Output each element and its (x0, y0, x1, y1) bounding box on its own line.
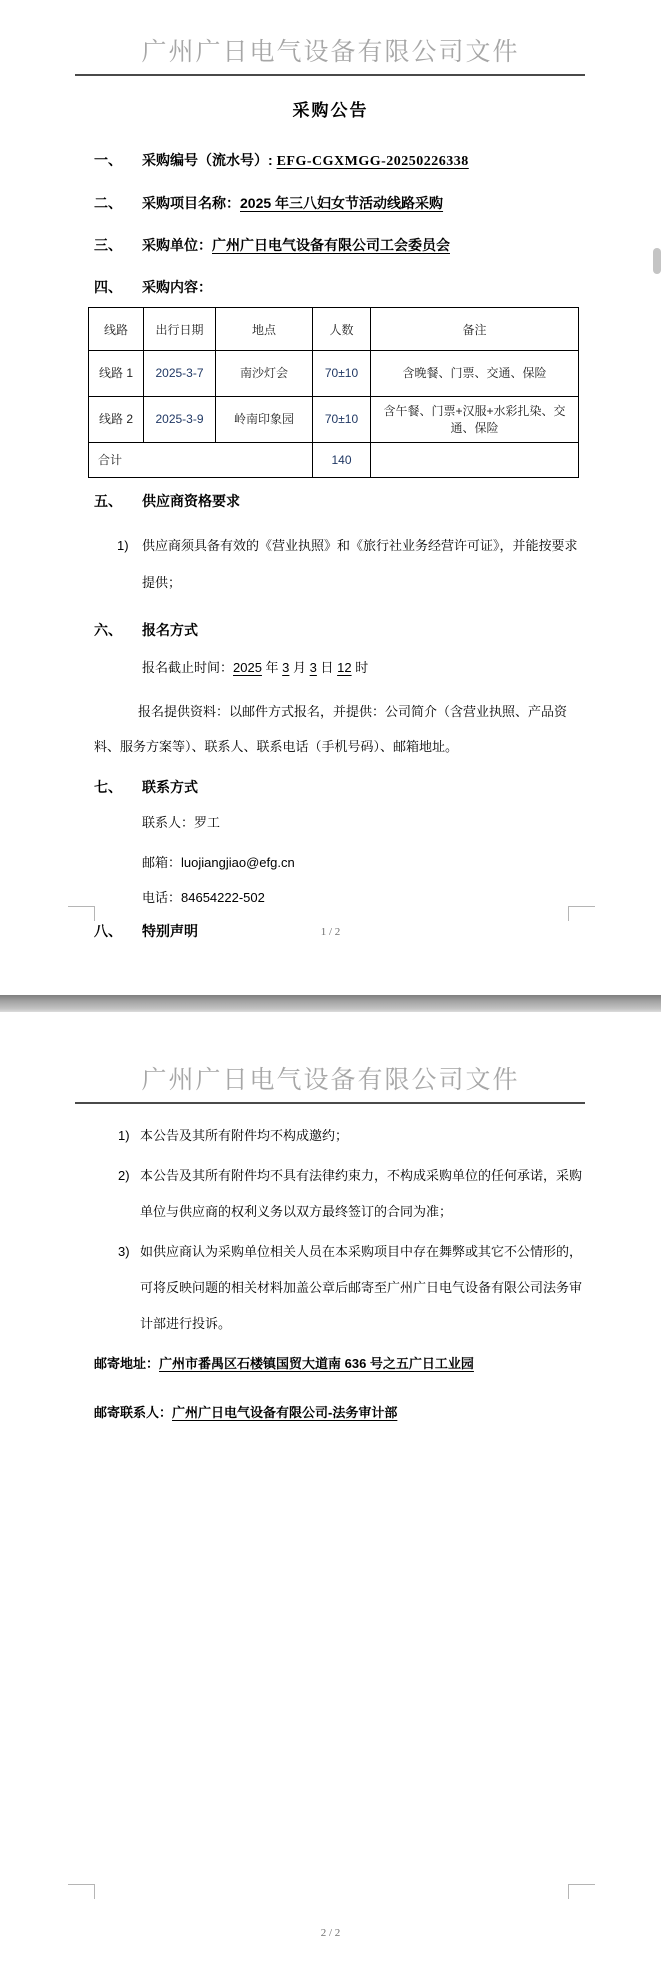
qualification-item: 1) 供应商须具备有效的《营业执照》和《旅行社业务经营许可证》，并能按要求提供； (117, 527, 585, 601)
section-project-name: 二、 采购项目名称：2025 年三八妇女节活动线路采购 (94, 194, 585, 213)
cell-route: 线路 2 (89, 397, 144, 443)
page1-content: 一、 采购编号（流水号）: EFG-CGXMGG-20250226338 二、 … (0, 151, 661, 941)
cell-remark: 含晚餐、门票、交通、保险 (371, 351, 579, 397)
letterhead-rule (75, 1102, 585, 1104)
page-title: 采购公告 (0, 96, 661, 121)
list-number: 3) (118, 1234, 140, 1342)
section-number: 四、 (94, 278, 142, 297)
statements-list: 1) 本公告及其所有附件均不构成邀约； 2) 本公告及其所有附件均不具有法律约束… (94, 1118, 585, 1342)
mailing-contact-label: 邮寄联系人： (94, 1405, 172, 1420)
list-number: 1) (118, 1118, 140, 1154)
section-procurement-content: 四、 采购内容： (94, 278, 585, 297)
cell-people: 70±10 (313, 351, 371, 397)
cell-route: 线路 1 (89, 351, 144, 397)
section-label: 采购内容： (142, 278, 212, 297)
statement-text: 本公告及其所有附件均不具有法律约束力，不构成采购单位的任何承诺，采购单位与供应商… (140, 1158, 585, 1230)
contact-phone-label: 电话： (142, 890, 181, 905)
mailing-contact-line: 邮寄联系人：广州广日电气设备有限公司-法务审计部 (94, 1395, 585, 1431)
section-line: 采购单位：广州广日电气设备有限公司工会委员会 (142, 236, 450, 255)
cell-total-remark (371, 443, 579, 478)
section-number: 二、 (94, 194, 142, 213)
section-procurement-unit: 三、 采购单位：广州广日电气设备有限公司工会委员会 (94, 236, 585, 255)
contact-phone-line: 电话：84654222-502 (142, 888, 585, 907)
registration-deadline-line: 报名截止时间：2025 年 3 月 3 日 12 时 (142, 658, 585, 677)
margin-corner-mark (568, 906, 595, 921)
section-label: 采购编号（流水号）: (142, 152, 277, 168)
mailing-address-line: 邮寄地址：广州市番禺区石楼镇国贸大道南 636 号之五广日工业园 (94, 1346, 585, 1382)
contact-person-line: 联系人：罗工 (142, 813, 585, 832)
statement-text: 本公告及其所有附件均不构成邀约； (140, 1118, 585, 1154)
registration-materials-paragraph: 报名提供资料：以邮件方式报名，并提供：公司简介（含营业执照、产品资料、服务方案等… (94, 694, 585, 764)
cell-total-label: 合计 (89, 443, 313, 478)
col-header-date: 出行日期 (144, 308, 216, 351)
margin-corner-mark (68, 1884, 95, 1899)
statement-item: 3) 如供应商认为采购单位相关人员在本采购项目中存在舞弊或其它不公情形的，可将反… (118, 1234, 585, 1342)
section-number: 五、 (94, 492, 142, 511)
deadline-label: 报名截止时间： (142, 660, 233, 675)
mailing-address-label: 邮寄地址： (94, 1356, 159, 1371)
margin-corner-mark (68, 906, 95, 921)
deadline-sep: 日 (317, 660, 337, 675)
page-separator (0, 995, 661, 1012)
list-number: 1) (117, 527, 142, 601)
margin-corner-mark (568, 1884, 595, 1899)
cell-place: 岭南印象园 (216, 397, 313, 443)
cell-total-people: 140 (313, 443, 371, 478)
document-page-1: 广州广日电气设备有限公司文件 采购公告 一、 采购编号（流水号）: EFG-CG… (0, 0, 661, 995)
section-contact-method: 七、 联系方式 (94, 778, 585, 797)
section-label: 报名方式 (142, 621, 198, 640)
table-total-row: 合计 140 (89, 443, 579, 478)
page2-content: 1) 本公告及其所有附件均不构成邀约； 2) 本公告及其所有附件均不具有法律约束… (0, 1118, 661, 1431)
deadline-year: 2025 (233, 660, 262, 675)
section-registration-method: 六、 报名方式 (94, 621, 585, 640)
procurement-number-value: EFG-CGXMGG-20250226338 (277, 154, 469, 169)
contact-email-label: 邮箱： (142, 855, 181, 870)
qualification-text: 供应商须具备有效的《营业执照》和《旅行社业务经营许可证》，并能按要求提供； (142, 527, 585, 601)
deadline-sep: 时 (352, 660, 369, 675)
col-header-people: 人数 (313, 308, 371, 351)
table-row: 线路 1 2025-3-7 南沙灯会 70±10 含晚餐、门票、交通、保险 (89, 351, 579, 397)
section-number: 三、 (94, 236, 142, 255)
deadline-sep: 月 (289, 660, 309, 675)
section-label: 供应商资格要求 (142, 492, 240, 511)
cell-date: 2025-3-7 (144, 351, 216, 397)
company-letterhead: 广州广日电气设备有限公司文件 (0, 0, 661, 68)
section-number: 一、 (94, 151, 142, 171)
contact-person-value: 罗工 (194, 815, 220, 830)
cell-date: 2025-3-9 (144, 397, 216, 443)
col-header-route: 线路 (89, 308, 144, 351)
col-header-place: 地点 (216, 308, 313, 351)
section-label: 联系方式 (142, 778, 198, 797)
section-label: 采购单位： (142, 237, 212, 253)
deadline-sep: 年 (262, 660, 282, 675)
procurement-table: 线路 出行日期 地点 人数 备注 线路 1 2025-3-7 南沙灯会 70±1… (88, 307, 579, 478)
section-line: 采购编号（流水号）: EFG-CGXMGG-20250226338 (142, 151, 469, 171)
section-supplier-qualification: 五、 供应商资格要求 (94, 492, 585, 511)
contact-email-value: luojiangjiao@efg.cn (181, 855, 295, 870)
page-number-footer: 1 / 2 (0, 926, 661, 938)
table-header-row: 线路 出行日期 地点 人数 备注 (89, 308, 579, 351)
contact-person-label: 联系人： (142, 815, 194, 830)
statement-item: 2) 本公告及其所有附件均不具有法律约束力，不构成采购单位的任何承诺，采购单位与… (118, 1158, 585, 1230)
procurement-unit-value: 广州广日电气设备有限公司工会委员会 (212, 237, 450, 253)
section-number: 七、 (94, 778, 142, 797)
cell-remark: 含午餐、门票+汉服+水彩扎染、交通、保险 (371, 397, 579, 443)
col-header-remark: 备注 (371, 308, 579, 351)
cell-people: 70±10 (313, 397, 371, 443)
deadline-day: 3 (310, 660, 317, 675)
deadline-hour: 12 (337, 660, 351, 675)
section-procurement-number: 一、 采购编号（流水号）: EFG-CGXMGG-20250226338 (94, 151, 585, 171)
page-number-footer: 2 / 2 (0, 1927, 661, 1939)
section-number: 六、 (94, 621, 142, 640)
table-row: 线路 2 2025-3-9 岭南印象园 70±10 含午餐、门票+汉服+水彩扎染… (89, 397, 579, 443)
scrollbar-thumb[interactable] (653, 248, 661, 274)
company-letterhead: 广州广日电气设备有限公司文件 (0, 1012, 661, 1096)
project-name-value: 2025 年三八妇女节活动线路采购 (240, 195, 443, 211)
letterhead-rule (75, 74, 585, 76)
document-page-2: 广州广日电气设备有限公司文件 1) 本公告及其所有附件均不构成邀约； 2) 本公… (0, 1012, 661, 1961)
contact-email-line: 邮箱：luojiangjiao@efg.cn (142, 853, 585, 872)
list-number: 2) (118, 1158, 140, 1230)
mailing-contact-value: 广州广日电气设备有限公司-法务审计部 (172, 1405, 397, 1420)
mailing-address-value: 广州市番禺区石楼镇国贸大道南 636 号之五广日工业园 (159, 1356, 474, 1371)
statement-text: 如供应商认为采购单位相关人员在本采购项目中存在舞弊或其它不公情形的，可将反映问题… (140, 1234, 585, 1342)
section-label: 采购项目名称： (142, 195, 240, 211)
cell-place: 南沙灯会 (216, 351, 313, 397)
statement-item: 1) 本公告及其所有附件均不构成邀约； (118, 1118, 585, 1154)
contact-phone-value: 84654222-502 (181, 890, 265, 905)
section-line: 采购项目名称：2025 年三八妇女节活动线路采购 (142, 194, 443, 213)
